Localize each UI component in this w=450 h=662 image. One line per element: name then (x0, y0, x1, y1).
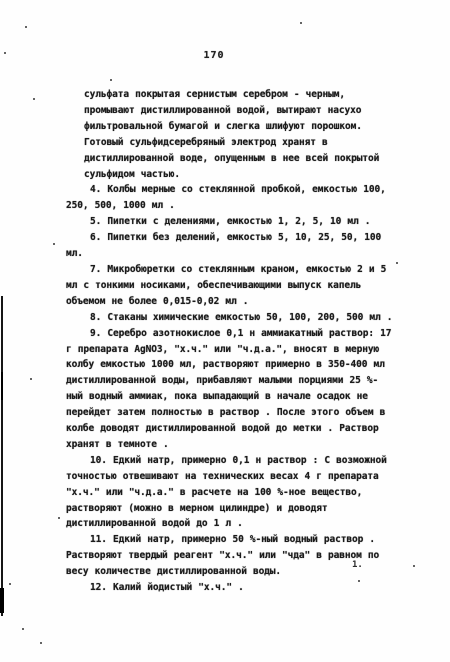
dust-speck (33, 98, 35, 100)
dust-speck (9, 583, 11, 585)
dust-speck (396, 262, 398, 264)
dust-speck (413, 565, 415, 567)
dust-speck (358, 580, 360, 582)
dust-speck (110, 79, 112, 81)
scanned-document-page: 170 сульфата покрытая сернистым серебром… (0, 0, 450, 662)
dust-speck (300, 22, 302, 24)
list-item-10: 10. Едкий натр, примерно 0,1 н раствор :… (66, 453, 394, 533)
dust-speck (22, 628, 24, 630)
list-item-8: 8. Стаканы химические емкостью 50, 100, … (66, 310, 394, 326)
list-item-7: 7. Микробюретки со стеклянным краном, ем… (66, 262, 394, 310)
scan-artifact-edge-line (1, 296, 3, 616)
list-item-12: 12. Калий йодистый "х.ч." . (66, 580, 394, 596)
paragraph-continuation: сульфата покрытая сернистым серебром - ч… (84, 87, 394, 182)
list-item-9: 9. Серебро азотнокислое 0,1 н аммиакатны… (66, 326, 394, 453)
dust-speck (25, 26, 27, 28)
scan-artifact-edge-dash (1, 372, 4, 400)
list-item-4: 4. Колбы мерные со стеклянной пробкой, е… (66, 182, 394, 214)
dust-speck (58, 517, 60, 519)
dust-speck (40, 642, 42, 644)
list-item-5: 5. Пипетки с делениями, емкостью 1, 2, 5… (66, 214, 394, 230)
dust-speck (53, 243, 55, 245)
scan-artifact-edge-blob (0, 588, 4, 613)
list-item-6: 6. Пипетки без делений, емкостью 5, 10, … (66, 230, 394, 262)
pencil-corner-mark: 1. (352, 560, 363, 570)
list-item-11: 11. Едкий натр, примерно 50 %-ный водный… (66, 532, 394, 580)
page-number: 170 (0, 50, 428, 61)
dust-speck (4, 52, 6, 54)
dust-speck (30, 378, 32, 380)
document-text: сульфата покрытая сернистым серебром - ч… (66, 87, 394, 596)
